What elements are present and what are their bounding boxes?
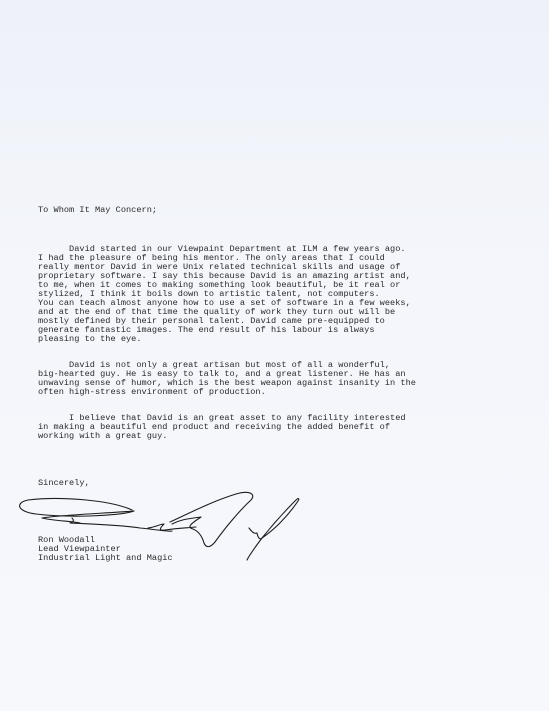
- signer-company: Industrial Light and Magic: [38, 554, 173, 563]
- signature: [0, 0, 549, 711]
- letter-page: To Whom It May Concern; David started in…: [0, 0, 549, 711]
